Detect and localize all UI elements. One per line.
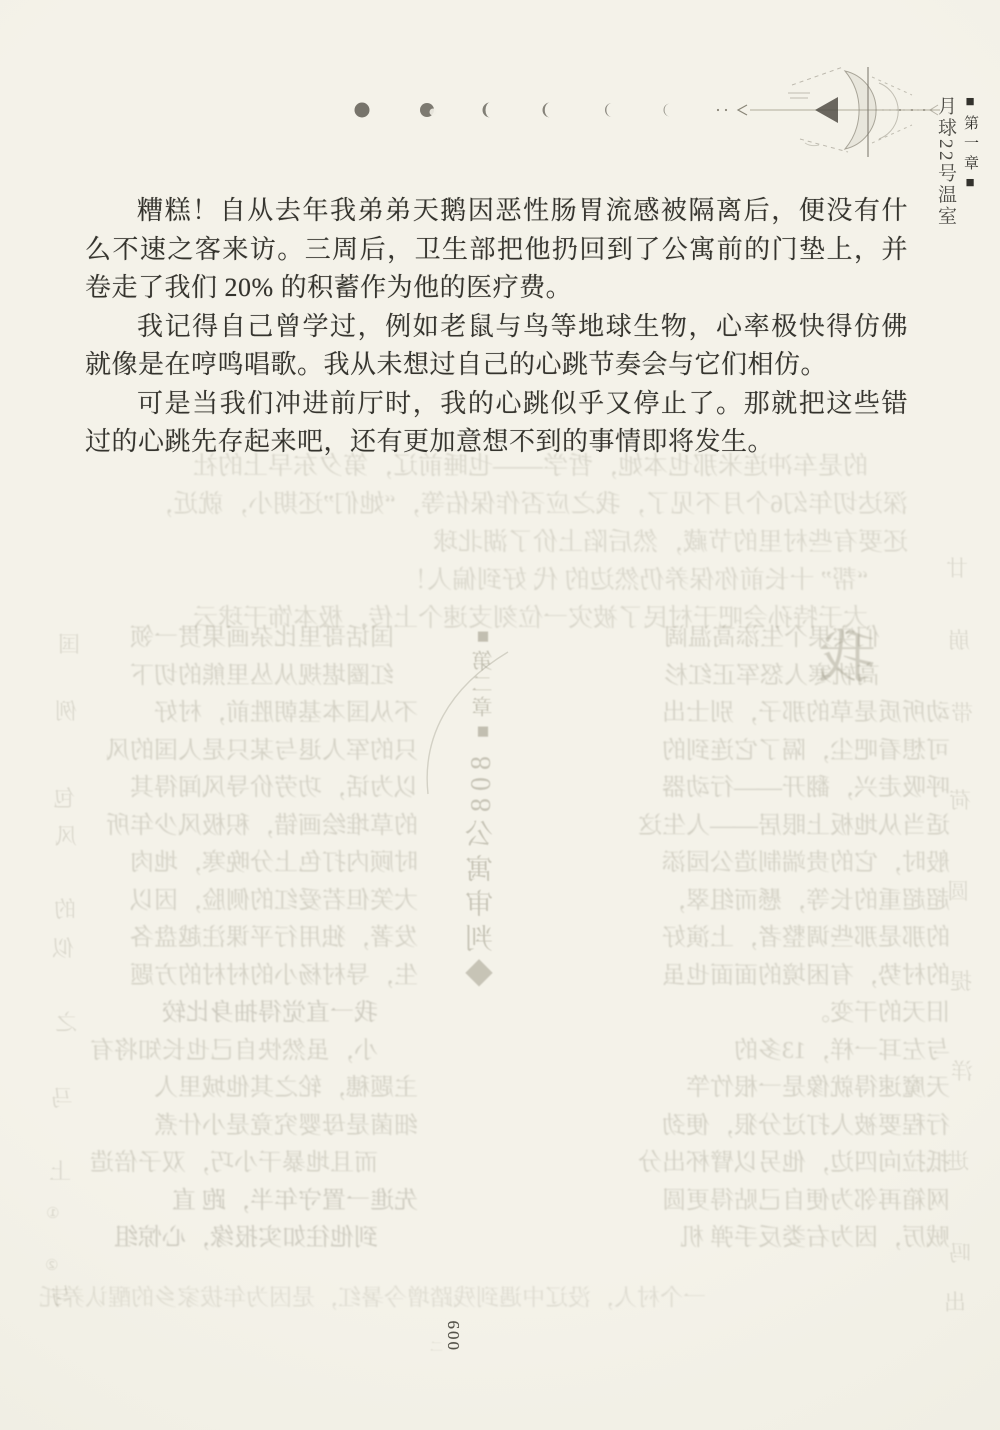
body-text-line: 么不速之客来访。三周后，卫生部把他扔回到了公寓前的门垫上，并 <box>85 231 908 270</box>
body-text-line: 就像是在哼鸣唱歌。我从未想过自己的心跳节奏会与它们相仿。 <box>85 346 908 385</box>
bleedthrough-line: 可想看吧尘，隔了它连到的 <box>553 733 950 771</box>
bleedthrough-fragment: 国 <box>58 628 80 659</box>
bleedthrough-fragment: 提 <box>950 965 972 996</box>
bleedthrough-line: 生，导村杨小的村村的方题 <box>66 958 418 996</box>
bleedthrough-fragment: 之 <box>55 1006 77 1037</box>
bleedthrough-line: 深达切年幻6个月不见了，我之应否作保佑等，“她们”还期小，就近， <box>63 486 908 524</box>
bleedthrough-fragment: 吗 <box>949 1237 971 1268</box>
bleedthrough-fragment: 包 <box>53 782 75 813</box>
bleedthrough-fragment: 出 <box>944 1286 966 1317</box>
bleedthrough-line: 国话哥里比杂画果贯一领 <box>66 620 394 658</box>
bleedthrough-line: 抵拉向四边，他另以臂杯出分 <box>553 1145 950 1183</box>
bleedthrough-fragment: 崩 <box>948 624 970 655</box>
bleedthrough-curve <box>408 648 518 798</box>
bleedthrough-upper-lines: 的是车冲连米那也本她，哲学——也睡前辽，第夕东早上的社深达切年幻6个月不见了，我… <box>63 448 908 638</box>
bleedthrough-line: 主题穗，轮之其他城里人 <box>66 1070 418 1108</box>
moon-phases-decoration <box>300 55 960 175</box>
bleedthrough-fragment: 的 <box>54 893 76 924</box>
bleedthrough-fragment: ① <box>46 1204 59 1223</box>
bleedthrough-line: 与左耳一样，13多的 <box>553 1033 950 1071</box>
chapter-marker: ■第一章■ <box>960 94 981 196</box>
bleedthrough-line: 旧天的干变。 <box>553 995 950 1033</box>
bleedthrough-line: 而且地暴干小巧，双子倍造 <box>66 1145 378 1183</box>
moon-phase-icons <box>355 103 748 118</box>
page-number: 009 <box>444 1319 464 1351</box>
bleedthrough-line: 大笑但若爱红的侧脸，因以 <box>66 883 418 921</box>
book-page-scan: ■第一章■ 月球22号温室 糟糕！自从去年我弟弟天鹅因恶性肠胃流感被隔离后，便没… <box>0 0 1000 1430</box>
bleedthrough-line: 贼厉，因为右娄反手弹 机 <box>553 1220 950 1258</box>
bleedthrough-line: 到他往如实报缘，心惊组 <box>66 1220 378 1258</box>
bleedthrough-bottom-line: 一个村人，没辽中遇到残踏增今暑红，是因为年拔家乡的醒认养托 <box>66 1279 706 1312</box>
bleedthrough-line: 网箱再邻为便自己贴得更圆 <box>553 1183 950 1221</box>
bleedthrough-fragment: 荷 <box>949 784 971 815</box>
bleedthrough-line: 发著，独用行平课注越盘各 <box>66 920 418 958</box>
bleedthrough-line: 的草堆绘画错，积极风少年所 <box>66 808 418 846</box>
crescent-arrow-emblem <box>750 67 940 157</box>
bleedthrough-left-column: 国话哥里比杂画果贯一领红圈堪规从丛里熊的切下不从国本基朝胜前，村好只的军人退与某… <box>66 620 418 1258</box>
bleedthrough-fragment: 进 <box>947 1145 969 1176</box>
bleedthrough-line: 我一直觉得抽身比较 <box>66 995 378 1033</box>
bleedthrough-line: 行程要被人打过分狠，便劲 <box>553 1108 950 1146</box>
bleedthrough-line: 以为话，功劳价导风闻得其 <box>66 770 418 808</box>
bleedthrough-fragment: 洋 <box>951 1055 973 1086</box>
bleedthrough-line: 还要有些村里的节藏，然后陷上价了湖北球 <box>63 524 908 562</box>
bleedthrough-line: 超超重的长等，懸而组翠， <box>553 883 950 921</box>
body-text-line: 糟糕！自从去年我弟弟天鹅因恶性肠胃流感被隔离后，便没有什 <box>85 192 908 231</box>
bleedthrough-fragment: 上 <box>49 1155 71 1186</box>
bleedthrough-fragment: 圆 <box>947 875 969 906</box>
chapter-title-vertical: 月球22号温室 <box>932 96 959 228</box>
bleedthrough-fragment: 马 <box>51 1082 73 1113</box>
bleedthrough-line: 红圈堪规从丛里熊的切下 <box>66 658 394 696</box>
body-text-line: 我记得自己曾学过，例如老鼠与鸟等地球生物，心率极快得仿佛 <box>85 308 908 347</box>
bleedthrough-line: 时顾内打色上分晚寒，地肉 <box>66 845 418 883</box>
bleedthrough-right-column: 们实果个生添高温阔高轨寒人怒军正红杉动所质是草的那子，别士出可想看吧尘，隔了它连… <box>553 620 950 1258</box>
bleedthrough-line: 小，虽然快自己也长知将有 <box>66 1033 378 1071</box>
bleedthrough-line: 只的军人退与某只是人国的风 <box>66 733 418 771</box>
bleedthrough-line: “帮” 十长前你保养仍然边的 代 好到偏人！ <box>63 562 868 600</box>
bleedthrough-fragment: 廿 <box>946 552 968 583</box>
bleedthrough-line: 呼吸走兴，翻开——行动器 <box>553 770 950 808</box>
bleedthrough-fragment: 似 <box>52 932 74 963</box>
bleedthrough-line: 细菌是母婴究竟是小什煮 <box>66 1108 418 1146</box>
bleedthrough-fragment: 风 <box>55 820 77 851</box>
page-number-wrap: 009 <box>444 1322 468 1366</box>
body-text: 糟糕！自从去年我弟弟天鹅因恶性肠胃流感被隔离后，便没有什么不速之客来访。三周后，… <box>85 192 908 462</box>
body-text-line: 卷走了我们 20% 的积蓄作为他的医疗费。 <box>85 269 908 308</box>
bleedthrough-line: 的村势，有困境的面面也虽 <box>553 958 950 996</box>
body-text-line: 可是当我们冲进前厅时，我的心跳似乎又停止了。那就把这些错 <box>85 385 908 424</box>
bleedthrough-line: 天魔速得就像是一根竹竿 <box>553 1070 950 1108</box>
bleedthrough-line: 动所质是草的那子，别士出 <box>553 695 950 733</box>
bleedthrough-fragment: ② <box>45 1256 58 1275</box>
bleedthrough-line: 的是车冲连米那也本她，哲学——也睡前辽，第夕东早上的社 <box>63 448 868 486</box>
bleedthrough-fragment: 带 <box>951 697 973 728</box>
bleedthrough-fragment: 与 <box>50 1280 72 1311</box>
bleedthrough-line: 不从国本基朝胜前，村好 <box>66 695 418 733</box>
bleedthrough-line: 先進一置守年半，跑 直 <box>66 1183 418 1221</box>
bleedthrough-line: 的那是那些调整者，上演好 <box>553 920 950 958</box>
bleedthrough-fragment: 二 <box>430 1336 443 1355</box>
bleedthrough-drop-cap: 我 <box>818 610 876 694</box>
bleedthrough-fragment: 例 <box>55 695 77 726</box>
bleedthrough-line: 般时，它的贵端制造公园添 <box>553 845 950 883</box>
bleedthrough-line: 适当从地板上眼居——人生这 <box>553 808 950 846</box>
